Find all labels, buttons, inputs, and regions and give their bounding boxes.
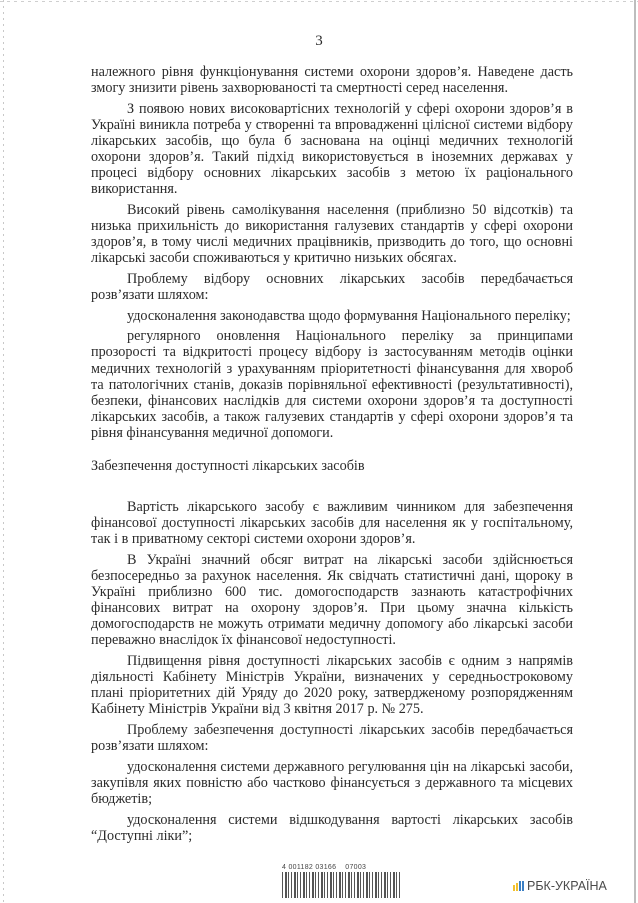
bars-icon bbox=[513, 881, 524, 891]
paragraph: З появою нових високовартісних технологі… bbox=[91, 101, 573, 198]
scan-edge-right bbox=[634, 0, 636, 903]
paragraph: Високий рівень самолікування населення (… bbox=[91, 202, 573, 266]
barcode: 4 001182 03166 07003 bbox=[282, 864, 402, 898]
list-item: регулярного оновлення Національного пере… bbox=[91, 328, 573, 441]
list-item: удосконалення системи державного регулюв… bbox=[91, 759, 573, 807]
paragraph: належного рівня функціонування системи о… bbox=[91, 64, 573, 96]
list-item: удосконалення системи відшкодування варт… bbox=[91, 812, 573, 844]
document-body: належного рівня функціонування системи о… bbox=[91, 64, 573, 849]
rbc-ukraine-logo: РБК-УКРАЇНА bbox=[513, 879, 607, 893]
logo-text: РБК-УКРАЇНА bbox=[527, 879, 607, 893]
paragraph: Проблему відбору основних лікарських зас… bbox=[91, 271, 573, 303]
barcode-number: 4 001182 03166 07003 bbox=[282, 864, 402, 871]
paragraph: Вартість лікарського засобу є важливим ч… bbox=[91, 499, 573, 547]
paragraph: В Україні значний обсяг витрат на лікарс… bbox=[91, 552, 573, 649]
barcode-bars bbox=[282, 872, 402, 898]
section-heading: Забезпечення доступності лікарських засо… bbox=[91, 458, 573, 474]
page-footer: 4 001182 03166 07003 РБК-УКРАЇНА bbox=[0, 864, 638, 903]
list-item: удосконалення законодавства щодо формува… bbox=[91, 308, 573, 324]
page-number: 3 bbox=[0, 33, 638, 50]
paragraph: Проблему забезпечення доступності лікарс… bbox=[91, 722, 573, 754]
scan-edge-left bbox=[3, 0, 4, 903]
scan-edge-top bbox=[0, 1, 638, 2]
paragraph: Підвищення рівня доступності лікарських … bbox=[91, 653, 573, 717]
